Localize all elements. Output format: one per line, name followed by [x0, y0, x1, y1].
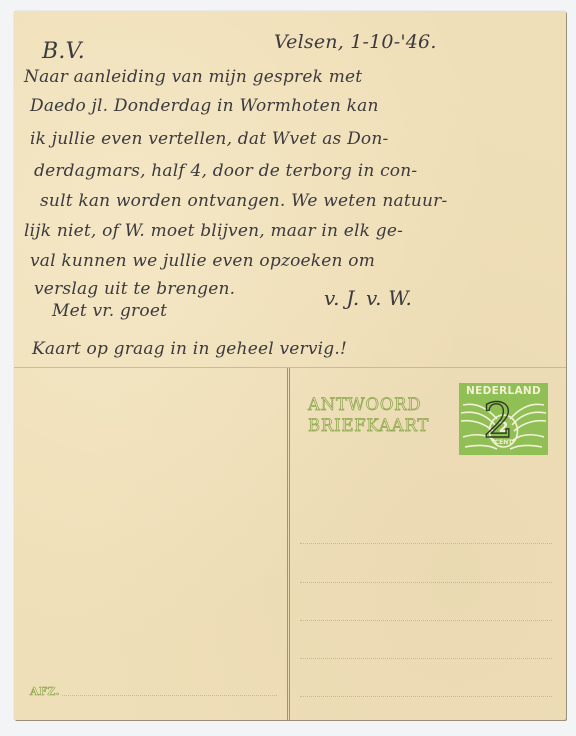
- salutation: B.V.: [42, 39, 85, 64]
- card-type-title: ANTWOORD BRIEFKAART: [308, 394, 429, 436]
- vertical-divider: [287, 368, 290, 720]
- card-type-line2: BRIEFKAART: [308, 415, 429, 436]
- signature: v. J. v. W.: [324, 286, 412, 310]
- sender-label: AFZ.: [30, 685, 60, 698]
- address-line: [300, 696, 552, 697]
- message-line: Daedo jl. Donderdag in Wormhoten kan: [30, 96, 379, 116]
- card-type-line1: ANTWOORD: [308, 394, 429, 415]
- message-line: val kunnen we jullie even opzoeken om: [30, 251, 375, 271]
- closing: Met vr. groet: [52, 301, 167, 321]
- postscript: Kaart op graag in in geheel vervig.!: [32, 339, 347, 359]
- message-line: lijk niet, of W. moet blijven, maar in e…: [24, 221, 403, 241]
- fold-line: [14, 367, 566, 368]
- message-line: Naar aanleiding van mijn gesprek met: [24, 67, 362, 87]
- address-line: [300, 620, 552, 621]
- address-line: [300, 543, 552, 544]
- place-date: Velsen, 1-10-'46.: [274, 31, 437, 53]
- message-line: ik jullie even vertellen, dat Wvet as Do…: [30, 129, 388, 149]
- message-line: verslag uit te brengen.: [34, 279, 235, 299]
- stamp-surcharge: 2: [483, 391, 514, 451]
- address-line: [300, 658, 552, 659]
- message-line: sult kan worden ontvangen. We weten natu…: [40, 191, 447, 211]
- postage-stamp: NEDERLAND 2 CENT 2: [459, 383, 548, 455]
- address-line: [300, 582, 552, 583]
- postcard: B.V. Velsen, 1-10-'46. Naar aanleiding v…: [14, 11, 566, 720]
- sender-line: [62, 695, 277, 696]
- message-line: derdagmars, half 4, door de terborg in c…: [34, 161, 417, 181]
